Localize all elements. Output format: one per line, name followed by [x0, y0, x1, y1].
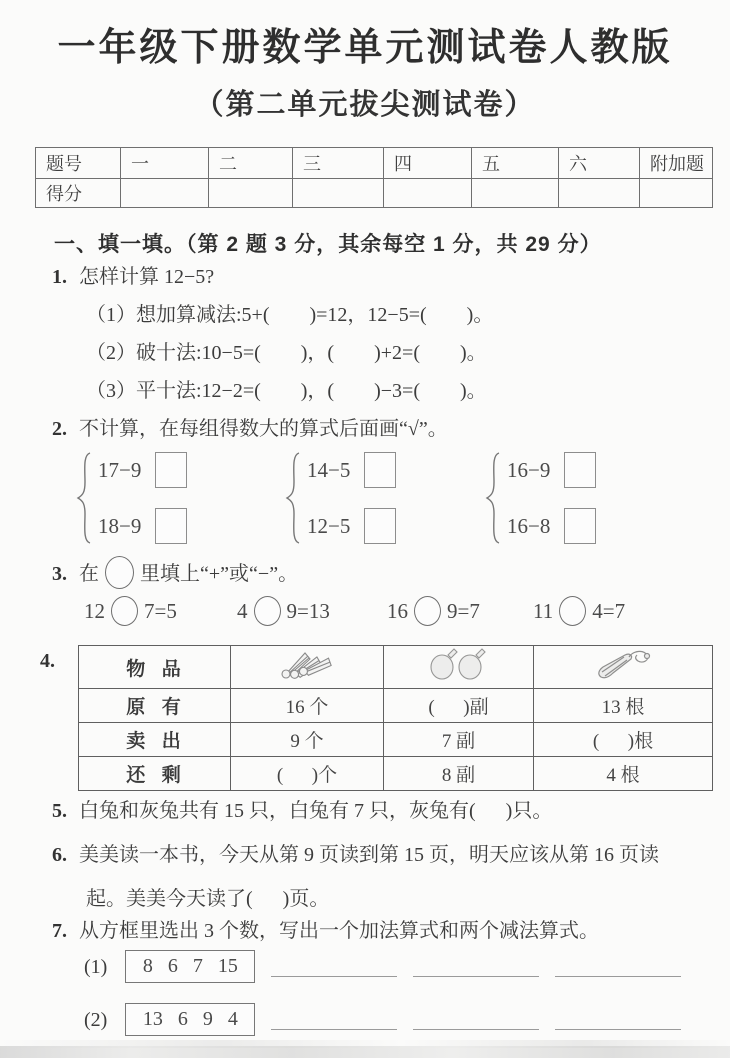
- q2-group-3: 16−9 16−8: [483, 450, 596, 546]
- answer-box: [155, 508, 187, 544]
- q3-equation-1: 127=5: [84, 596, 177, 626]
- question-5-text: 白兔和灰兔共有 15 只，白兔有 7 只，灰兔有( )只。: [79, 800, 552, 822]
- equation-left: 12: [84, 599, 105, 623]
- operator-circle: [111, 596, 138, 626]
- section-1-heading: 一、填一填。（第 2 题 3 分，其余每空 1 分，共 29 分）: [54, 228, 602, 258]
- expression: 17−9: [98, 458, 141, 483]
- equation-right: 4=7: [592, 599, 625, 623]
- score-cell: [640, 179, 713, 208]
- question-2-stem: 不计算，在每组得数大的算式后面画“√”。: [79, 418, 448, 440]
- test-paper-page: 一年级下册数学单元测试卷人教版 （第二单元拔尖测试卷） 题号 一 二 三 四 五…: [0, 0, 730, 1058]
- answer-box: [364, 452, 396, 488]
- q4-header-row: 物 品: [79, 646, 713, 689]
- q2-group-2: 14−5 12−5: [283, 450, 396, 546]
- q4-cell: 4 根: [534, 757, 713, 791]
- answer-box: [364, 508, 396, 544]
- score-cell: [384, 179, 472, 208]
- expression: 12−5: [307, 514, 350, 539]
- answer-box: [564, 508, 596, 544]
- q2-group-1: 17−9 18−9: [74, 450, 187, 546]
- q4-row-original: 原 有 16 个 ( )副 13 根: [79, 689, 713, 723]
- q3-equation-3: 169=7: [387, 596, 480, 626]
- q4-item-cell: [534, 646, 713, 689]
- question-5: 5.白兔和灰兔共有 15 只，白兔有 7 只，灰兔有( )只。: [52, 798, 552, 824]
- score-cell: [209, 179, 293, 208]
- expression: 14−5: [307, 458, 350, 483]
- score-cell: [559, 179, 640, 208]
- question-6: 6.美美读一本书，今天从第 9 页读到第 15 页，明天应该从第 16 页读: [52, 842, 659, 868]
- question-1-number: 1.: [52, 266, 67, 288]
- question-1-item-1: （1）想加算减法:5+( )=12，12−5=( )。: [86, 302, 493, 328]
- answer-line: [271, 975, 397, 977]
- q4-row-label: 卖 出: [79, 723, 231, 757]
- equation-right: 9=7: [447, 599, 480, 623]
- q4-cell: ( )副: [384, 689, 534, 723]
- q4-cell: ( )根: [534, 723, 713, 757]
- left-brace-icon: [483, 450, 503, 546]
- score-header-cell: 二: [209, 148, 293, 179]
- question-1-stem: 怎样计算 12−5?: [79, 266, 214, 288]
- operator-circle: [414, 596, 441, 626]
- answer-line: [555, 975, 681, 977]
- table-tennis-paddles-icon: [428, 647, 490, 681]
- answer-box: [155, 452, 187, 488]
- q7-row-index: (1): [84, 956, 107, 983]
- question-6-line1: 美美读一本书，今天从第 9 页读到第 15 页，明天应该从第 16 页读: [79, 844, 659, 866]
- q4-cell: 8 副: [384, 757, 534, 791]
- question-7-stem: 从方框里选出 3 个数，写出一个加法算式和两个减法算式。: [79, 920, 599, 942]
- question-3-stem-pre: 在: [79, 563, 99, 585]
- badminton-shuttlecocks-icon: [275, 647, 339, 681]
- question-7-number: 7.: [52, 920, 67, 942]
- q3-equation-4: 114=7: [533, 596, 625, 626]
- q7-row-2: (2) 13 6 9 4: [84, 1003, 681, 1036]
- q3-equation-2: 49=13: [237, 596, 330, 626]
- page-subtitle: （第二单元拔尖测试卷）: [0, 82, 730, 123]
- score-row-label: 得分: [36, 179, 121, 208]
- q4-cell: ( )个: [231, 757, 384, 791]
- score-table: 题号 一 二 三 四 五 六 附加题 得分: [35, 147, 713, 208]
- jump-rope-icon: [591, 647, 655, 681]
- operator-circle: [254, 596, 281, 626]
- q4-row-label: 还 剩: [79, 757, 231, 791]
- score-header-cell: 附加题: [640, 148, 713, 179]
- answer-line: [413, 975, 539, 977]
- q7-row-index: (2): [84, 1009, 107, 1036]
- score-cell: [121, 179, 209, 208]
- q4-header-label: 物 品: [79, 646, 231, 689]
- answer-box: [564, 452, 596, 488]
- score-table-header-row: 题号 一 二 三 四 五 六 附加题: [36, 148, 713, 179]
- score-header-cell: 题号: [36, 148, 121, 179]
- q4-items-table: 物 品: [78, 645, 713, 791]
- q4-cell: 16 个: [231, 689, 384, 723]
- score-header-cell: 四: [384, 148, 472, 179]
- expression: 18−9: [98, 514, 141, 539]
- left-brace-icon: [74, 450, 94, 546]
- q4-cell: 13 根: [534, 689, 713, 723]
- question-4-number: 4.: [40, 650, 55, 672]
- operator-circle: [105, 556, 134, 589]
- expression: 16−8: [507, 514, 550, 539]
- question-3-stem-post: 里填上“+”或“−”。: [140, 563, 298, 585]
- q4-item-cell: [231, 646, 384, 689]
- question-4: 4.: [40, 648, 67, 674]
- operator-circle: [559, 596, 586, 626]
- question-6-line2: 起。美美今天读了( )页。: [86, 886, 329, 912]
- equation-left: 11: [533, 599, 553, 623]
- equation-left: 16: [387, 599, 408, 623]
- score-header-cell: 五: [472, 148, 559, 179]
- score-table-score-row: 得分: [36, 179, 713, 208]
- question-2: 2.不计算，在每组得数大的算式后面画“√”。: [52, 416, 448, 442]
- question-1: 1.怎样计算 12−5?: [52, 264, 214, 290]
- equation-left: 4: [237, 599, 248, 623]
- q4-row-label: 原 有: [79, 689, 231, 723]
- question-1-item-2: （2）破十法:10−5=( )，( )+2=( )。: [86, 340, 487, 366]
- answer-line: [555, 1028, 681, 1030]
- scan-artifact: [0, 1046, 730, 1058]
- q7-row-1: (1) 8 6 7 15: [84, 950, 681, 983]
- q4-row-sold: 卖 出 9 个 7 副 ( )根: [79, 723, 713, 757]
- table-tennis-paddles-icon: [384, 646, 534, 689]
- number-choice-box: 13 6 9 4: [125, 1003, 255, 1036]
- question-5-number: 5.: [52, 800, 67, 822]
- q4-cell: 9 个: [231, 723, 384, 757]
- left-brace-icon: [283, 450, 303, 546]
- score-header-cell: 三: [293, 148, 384, 179]
- score-header-cell: 六: [559, 148, 640, 179]
- question-3-number: 3.: [52, 563, 67, 585]
- score-cell: [472, 179, 559, 208]
- answer-line: [271, 1028, 397, 1030]
- question-3: 3.在里填上“+”或“−”。: [52, 556, 298, 589]
- answer-line: [413, 1028, 539, 1030]
- equation-right: 7=5: [144, 599, 177, 623]
- q4-cell: 7 副: [384, 723, 534, 757]
- question-1-item-3: （3）平十法:12−2=( )，( )−3=( )。: [86, 378, 487, 404]
- equation-right: 9=13: [287, 599, 330, 623]
- score-cell: [293, 179, 384, 208]
- question-7: 7.从方框里选出 3 个数，写出一个加法算式和两个减法算式。: [52, 918, 599, 944]
- question-2-number: 2.: [52, 418, 67, 440]
- q4-row-remaining: 还 剩 ( )个 8 副 4 根: [79, 757, 713, 791]
- number-choice-box: 8 6 7 15: [125, 950, 255, 983]
- score-header-cell: 一: [121, 148, 209, 179]
- page-title: 一年级下册数学单元测试卷人教版: [0, 16, 730, 71]
- expression: 16−9: [507, 458, 550, 483]
- question-6-number: 6.: [52, 844, 67, 866]
